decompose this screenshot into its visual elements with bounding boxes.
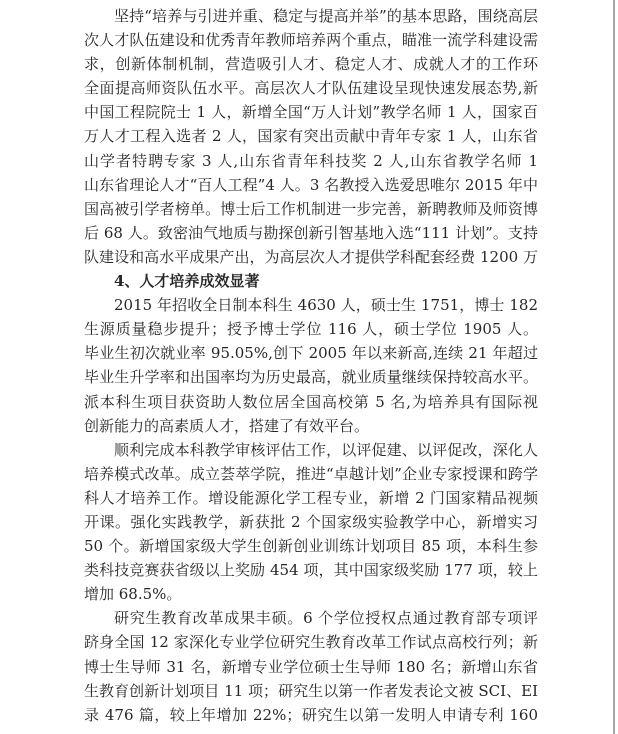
text-line: 毕业生初次就业率 95.05%,创下 2005 年以来新高,连续 21 年超过 … — [84, 341, 538, 365]
text-line: 博士生导师 31 名，新增专业学位硕士生导师 180 名；新增山东省研究 — [84, 655, 538, 679]
document-page: 坚持“培养与引进并重、稳定与提高并举”的基本思路，围绕高层次人才队伍建设和优秀青… — [0, 0, 618, 734]
text-line: 山东省理论人才“百人工程”4 人。3 名教授入选爱思唯尔 2015 年中 — [84, 173, 538, 197]
text-line: 2015 年招收全日制本科生 4630 人，硕士生 1751，博士 182 人， — [84, 293, 538, 317]
text-line: 录 476 篇，较上年增加 22%；研究生以第一发明人申请专利 160 项，其 — [84, 703, 538, 727]
text-line: 队建设和高水平成果产出，为高层次人才提供学科配套经费 1200 万元。 — [84, 245, 538, 269]
text-line: 派本科生项目获资助人数位居全国高校第 5 名,为培养具有国际视野、 — [84, 390, 538, 414]
document-text: 坚持“培养与引进并重、稳定与提高并举”的基本思路，围绕高层次人才队伍建设和优秀青… — [84, 4, 538, 727]
text-line: 毕业生升学率和出国率均为历史最高，就业质量继续保持较高水平。公 — [84, 365, 538, 389]
text-line: 中国工程院院士 1 人，新增全国“万人计划”教学名师 1 人，国家百千 — [84, 100, 538, 124]
text-line: 次人才队伍建设和优秀青年教师培养两个重点，瞄准一流学科建设需 — [84, 28, 538, 52]
text-line: 50 个。新增国家级大学生创新创业训练计划项目 85 项，本科生参加各 — [84, 534, 538, 558]
text-line: 顺利完成本科教学审核评估工作，以评促建、以评促改，深化人才 — [84, 438, 538, 462]
text-line: 全面提高师资队伍水平。高层次人才队伍建设呈现快速发展态势,新聘 — [84, 76, 538, 100]
text-line: 跻身全国 12 家深化专业学位研究生教育改革工作试点高校行列；新增 — [84, 630, 538, 654]
text-line: 坚持“培养与引进并重、稳定与提高并举”的基本思路，围绕高层 — [84, 4, 538, 28]
text-line: 开课。强化实践教学，新获批 2 个国家级实验教学中心，新增实习基地 — [84, 510, 538, 534]
text-line: 国高被引学者榜单。博士后工作机制进一步完善，新聘教师及师资博士 — [84, 197, 538, 221]
text-line: 求，创新体制机制，营造吸引人才、稳定人才、成就人才的工作环境， — [84, 52, 538, 76]
page-right-border — [613, 0, 615, 734]
section-heading: 4、人才培养成效显著 — [84, 269, 538, 293]
text-line: 科人才培养工作。增设能源化学工程专业，新增 2 门国家精品视频公 — [84, 486, 538, 510]
text-line: 生源质量稳步提升；授予博士学位 116 人，硕士学位 1905 人。2014 届 — [84, 317, 538, 341]
text-line: 培养模式改革。成立荟萃学院，推进“卓越计划”企业专家授课和跨学 — [84, 462, 538, 486]
text-line: 山学者特聘专家 3 人,山东省青年科技奖 2 人,山东省教学名师 1 人， — [84, 149, 538, 173]
text-line: 增加 68.5%。 — [84, 582, 538, 606]
text-line: 生教育创新计划项目 11 项；研究生以第一作者发表论文被 SCI、EI 收 — [84, 679, 538, 703]
text-line: 创新能力的高素质人才，搭建了有效平台。 — [84, 414, 538, 438]
text-line: 类科技竞赛获省级以上奖励 454 项，其中国家级奖励 177 项，较上年 — [84, 558, 538, 582]
text-line: 研究生教育改革成果丰硕。6 个学位授权点通过教育部专项评估； — [84, 606, 538, 630]
text-line: 后 68 人。致密油气地质与勘探创新引智基地入选“111 计划”。支持团 — [84, 221, 538, 245]
text-line: 万人才工程入选者 2 人，国家有突出贡献中青年专家 1 人，山东省泰 — [84, 124, 538, 148]
